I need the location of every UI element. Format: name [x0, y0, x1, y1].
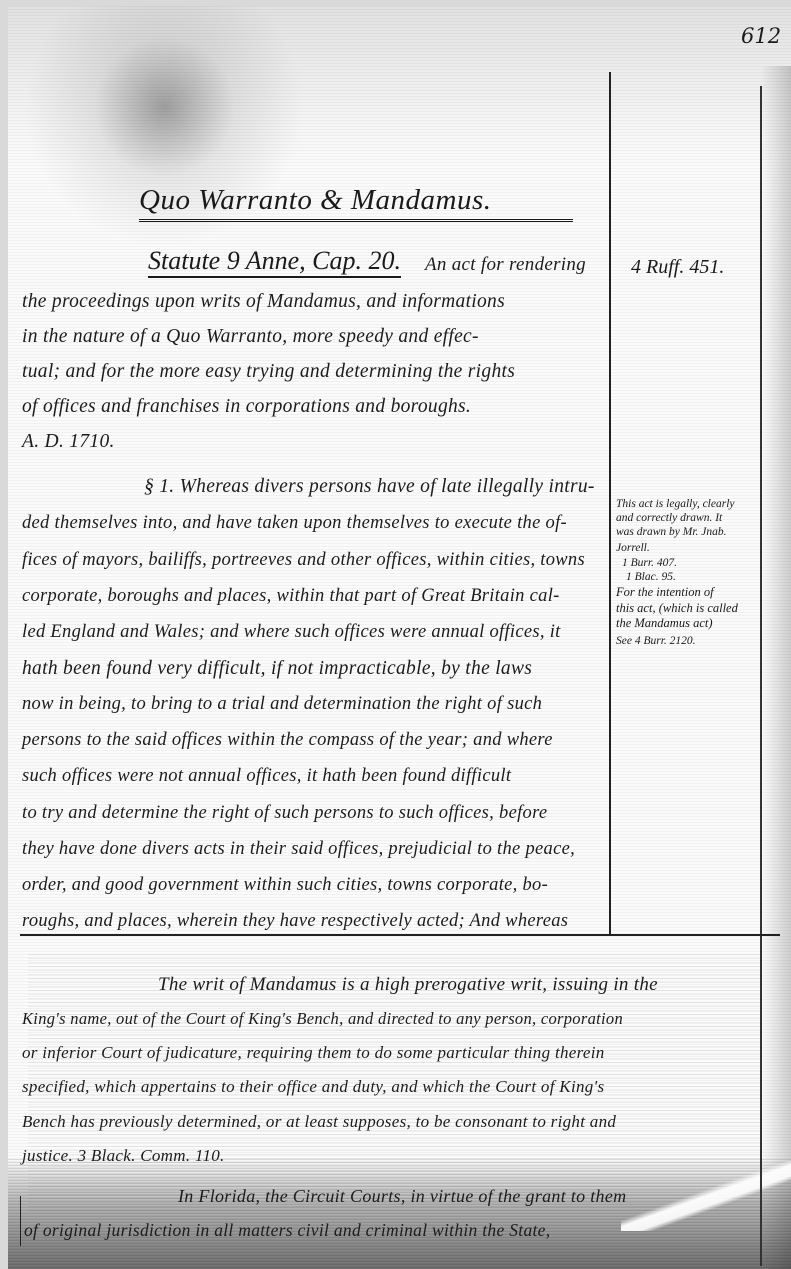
section1-line: now in being, to bring to a trial and de…	[22, 694, 542, 715]
statute-intro-line: A. D. 1710.	[22, 431, 115, 453]
margin-note-line: this act, (which is called	[616, 601, 738, 616]
section-divider-rule	[20, 934, 780, 936]
statute-intro-line: tual; and for the more easy trying and d…	[22, 361, 515, 383]
margin-note-line: 1 Burr. 407.	[622, 557, 677, 569]
florida-line: of original jurisdiction in all matters …	[24, 1220, 550, 1241]
section1-line: they have done divers acts in their said…	[22, 839, 575, 860]
section1-line: § 1. Whereas divers persons have of late…	[144, 476, 595, 498]
statute-intro-line: of offices and franchises in corporation…	[22, 396, 471, 418]
section1-line: ded themselves into, and have taken upon…	[22, 513, 567, 534]
mandamus-line: justice. 3 Black. Comm. 110.	[22, 1146, 225, 1166]
page-title: Quo Warranto & Mandamus.	[139, 184, 573, 222]
section1-line: such offices were not annual offices, it…	[22, 766, 511, 787]
section1-line: hath been found very difficult, if not i…	[22, 658, 532, 680]
page-number: 612	[741, 24, 781, 48]
mandamus-line: Bench has previously determined, or at l…	[22, 1112, 616, 1132]
section1-line: order, and good government within such c…	[22, 875, 548, 896]
statute-intro-line: An act for rendering	[425, 254, 586, 276]
margin-rule-right	[760, 86, 762, 1266]
statute-intro-line: the proceedings upon writs of Mandamus, …	[22, 291, 505, 313]
margin-note-line: This act is legally, clearly	[616, 498, 735, 510]
margin-note-line: and correctly drawn. It	[616, 512, 722, 524]
manuscript-page: 612 Quo Warranto & Mandamus. Statute 9 A…	[8, 6, 791, 1269]
scan-shadow-right	[761, 66, 791, 1269]
margin-note-line: 1 Blac. 95.	[626, 571, 676, 583]
section1-line: to try and determine the right of such p…	[22, 803, 547, 824]
margin-note-line: the Mandamus act)	[616, 616, 713, 631]
margin-reference: 4 Ruff. 451.	[631, 256, 724, 279]
mandamus-line: King's name, out of the Court of King's …	[22, 1009, 623, 1029]
margin-note-line: See 4 Burr. 2120.	[616, 635, 696, 647]
statute-heading: Statute 9 Anne, Cap. 20.	[148, 246, 401, 278]
mandamus-line: The writ of Mandamus is a high prerogati…	[158, 974, 658, 996]
section1-line: persons to the said offices within the c…	[22, 730, 553, 751]
section1-line: roughs, and places, wherein they have re…	[22, 911, 568, 932]
section1-line: led England and Wales; and where such of…	[22, 622, 561, 643]
mandamus-line: specified, which appertains to their off…	[22, 1077, 604, 1097]
margin-note-line: was drawn by Mr. Jnab.	[616, 526, 727, 538]
section1-line: fices of mayors, bailiffs, portreeves an…	[22, 550, 585, 571]
section1-line: corporate, boroughs and places, within t…	[22, 586, 560, 607]
margin-note-line: Jorrell.	[616, 542, 650, 554]
lower-margin-rule-left	[20, 1196, 21, 1246]
statute-intro-line: in the nature of a Quo Warranto, more sp…	[22, 326, 479, 348]
margin-rule-left	[609, 72, 611, 934]
margin-note-line: For the intention of	[616, 585, 714, 600]
florida-line: In Florida, the Circuit Courts, in virtu…	[178, 1186, 626, 1207]
page-fold-crease	[621, 1161, 791, 1231]
mandamus-line: or inferior Court of judicature, requiri…	[22, 1043, 605, 1063]
